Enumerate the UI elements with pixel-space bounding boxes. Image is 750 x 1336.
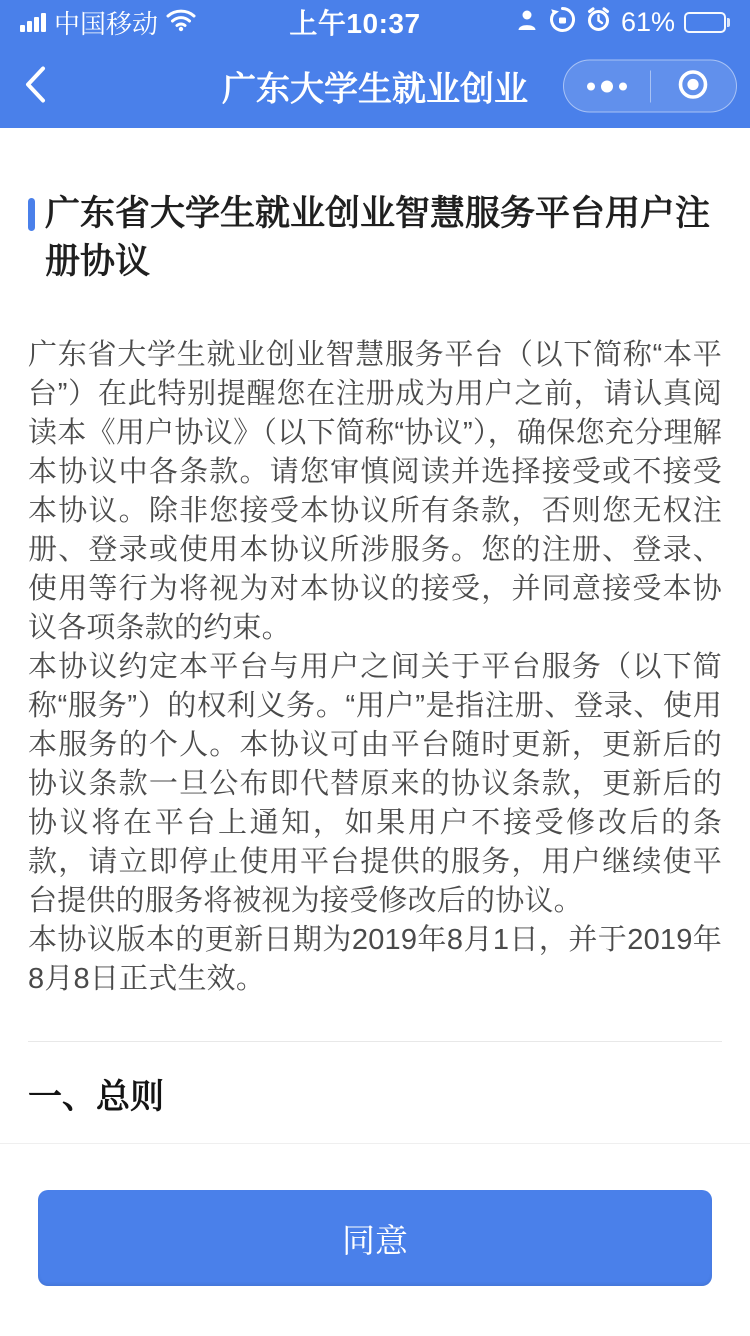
battery-percent-label: 61% — [621, 7, 675, 38]
agree-button[interactable]: 同意 — [38, 1190, 712, 1286]
status-left: 中国移动 — [20, 4, 196, 41]
agreement-title: 广东省大学生就业创业智慧服务平台用户注册协议 — [28, 190, 722, 286]
agreement-paragraph: 本协议版本的更新日期为2019年8月1日，并于2019年8月8日正式生效。 — [28, 921, 722, 999]
header: 中国移动 上午10:37 — [0, 0, 750, 128]
exit-target-icon — [675, 67, 711, 106]
app-screen: 中国移动 上午10:37 — [0, 0, 750, 1336]
battery-icon — [684, 12, 730, 33]
section-divider — [28, 1041, 722, 1042]
person-icon — [514, 7, 540, 38]
agreement-content: 广东省大学生就业创业智慧服务平台用户注册协议 广东省大学生就业创业智慧服务平台（… — [0, 190, 750, 1121]
alarm-icon — [585, 6, 612, 38]
orientation-lock-icon — [549, 6, 576, 38]
status-right: 61% — [514, 6, 730, 38]
more-dots-icon — [587, 80, 627, 92]
back-button[interactable] — [16, 57, 54, 116]
back-chevron-icon — [22, 95, 48, 110]
wifi-icon — [166, 8, 196, 37]
nav-bar: 广东大学生就业创业 — [0, 44, 750, 128]
carrier-label: 中国移动 — [54, 4, 158, 41]
agreement-body: 广东省大学生就业创业智慧服务平台（以下简称“本平台”）在此特别提醒您在注册成为用… — [28, 336, 722, 999]
more-button[interactable] — [564, 61, 650, 112]
status-bar: 中国移动 上午10:37 — [0, 0, 750, 44]
clock-label: 上午10:37 — [289, 2, 420, 42]
exit-button[interactable] — [651, 61, 737, 112]
footer-bar: 同意 — [0, 1144, 750, 1286]
section-heading: 一、总则 — [28, 1073, 722, 1121]
agreement-paragraph: 本协议约定本平台与用户之间关于平台服务（以下简称“服务”）的权利义务。“用户”是… — [28, 648, 722, 921]
page-nav-title: 广东大学生就业创业 — [222, 62, 528, 111]
signal-strength-icon — [20, 13, 46, 32]
miniprogram-capsule — [563, 60, 737, 113]
agreement-paragraph: 广东省大学生就业创业智慧服务平台（以下简称“本平台”）在此特别提醒您在注册成为用… — [28, 336, 722, 648]
